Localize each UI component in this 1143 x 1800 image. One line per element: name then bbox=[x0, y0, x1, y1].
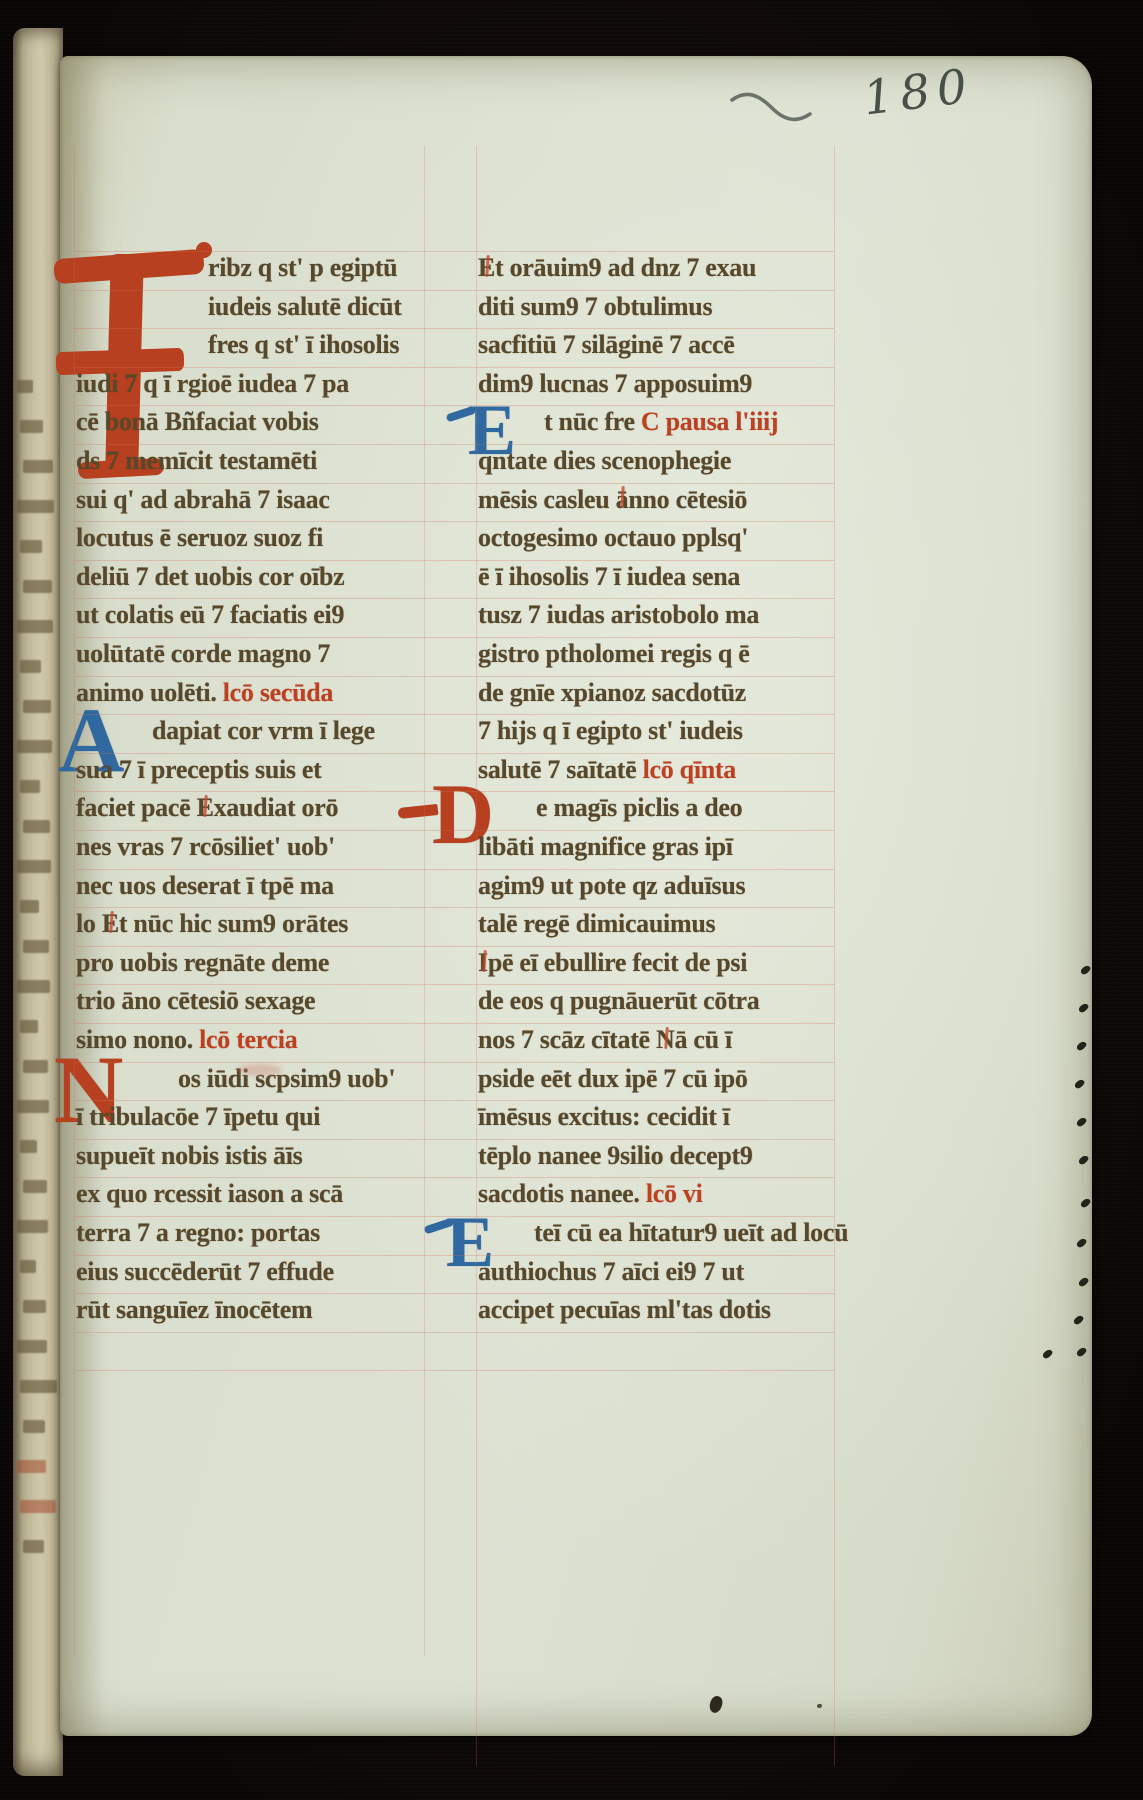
manuscript-text: octogesimo octauo pplsq' bbox=[478, 523, 748, 552]
edge-text-fragment bbox=[17, 1220, 48, 1233]
manuscript-line: fres q st' ī ihosolis bbox=[208, 329, 399, 361]
manuscript-text: sacdotis nanee. bbox=[478, 1179, 646, 1208]
edge-text-fragment bbox=[20, 1260, 36, 1273]
manuscript-line: sua 7 ī preceptis suis et bbox=[76, 754, 322, 786]
ruling-line bbox=[74, 146, 75, 1656]
manuscript-text: de gnīe xpianoz sacdotūz bbox=[478, 678, 746, 707]
manuscript-line: e magīs piclis a deo bbox=[536, 792, 742, 824]
manuscript-text: agim9 ut pote qz aduīsus bbox=[478, 871, 745, 900]
manuscript-text: talē regē dimicauimus bbox=[478, 909, 715, 938]
manuscript-line: Ipē eī ebullire fecit de psi bbox=[478, 947, 747, 979]
manuscript-text: ā bbox=[616, 485, 629, 514]
manuscript-line: t nūc fre C pausa l'iiij bbox=[544, 406, 778, 438]
pricking-mark bbox=[1076, 1040, 1088, 1052]
initial-flourish bbox=[398, 804, 439, 819]
manuscript-line: lo Et nūc hic sum9 orātes bbox=[76, 908, 348, 940]
manuscript-text: locutus ē seruoz suoz fi bbox=[76, 523, 323, 552]
manuscript-text: pro uobis regnāte deme bbox=[76, 948, 329, 977]
edge-text-fragment bbox=[23, 460, 53, 473]
pricking-mark bbox=[1074, 1078, 1086, 1090]
manuscript-line: Et orāuim9 ad dnz 7 exau bbox=[478, 252, 756, 284]
manuscript-text: N bbox=[656, 1025, 674, 1054]
manuscript-text: iudi 7 q ī rgioē iudea 7 pa bbox=[76, 369, 349, 398]
manuscript-line: nes vras 7 rcōsiliet' uob' bbox=[76, 831, 335, 863]
manuscript-text: I bbox=[478, 948, 488, 977]
manuscript-text: salutē 7 saītatē bbox=[478, 755, 643, 784]
manuscript-line: diti sum9 7 obtulimus bbox=[478, 291, 712, 323]
pricking-mark bbox=[1078, 1002, 1090, 1014]
manuscript-line: ds 7 memīcit testamēti bbox=[76, 445, 317, 477]
pricking-mark bbox=[1080, 1197, 1092, 1209]
manuscript-line: os iūdi scpsim9 uob' bbox=[178, 1063, 395, 1095]
manuscript-text: tusz 7 iudas aristobolo ma bbox=[478, 600, 759, 629]
manuscript-text: simo nono. bbox=[76, 1025, 199, 1054]
rubric-text: lcō qīnta bbox=[643, 755, 736, 784]
manuscript-text: ribz q st' p egiptū bbox=[208, 253, 397, 282]
manuscript-text: deliū 7 det uobis cor oībz bbox=[76, 562, 344, 591]
edge-text-fragment bbox=[23, 700, 51, 713]
manuscript-line: nec uos deserat ī tpē ma bbox=[76, 870, 334, 902]
manuscript-text: gistro ptholomei regis q ē bbox=[478, 639, 749, 668]
manuscript-page: 180 ANEDE ribz q st' p egiptūiudeis salu… bbox=[60, 56, 1092, 1736]
manuscript-text: dapiat cor vrm ī lege bbox=[152, 716, 375, 745]
manuscript-line: rūt sanguīez īnocētem bbox=[76, 1294, 312, 1326]
edge-text-fragment bbox=[23, 820, 50, 833]
manuscript-text: de eos q pugnāuerūt cōtra bbox=[478, 986, 759, 1015]
initial-flourish bbox=[423, 1218, 454, 1235]
edge-text-fragment bbox=[17, 980, 50, 993]
manuscript-line: tēplo nanee 9silio decept9 bbox=[478, 1140, 753, 1172]
manuscript-text: cē bonā Bñfaciat vobis bbox=[76, 407, 319, 436]
edge-text-fragment bbox=[23, 1540, 44, 1553]
manuscript-text: 7 hijs q ī egipto st' iudeis bbox=[478, 716, 743, 745]
edge-text-fragment bbox=[20, 540, 42, 553]
manuscript-text: dim9 lucnas 7 apposuim9 bbox=[478, 369, 752, 398]
manuscript-line: ē ī ihosolis 7 ī iudea sena bbox=[478, 561, 740, 593]
manuscript-line: ribz q st' p egiptū bbox=[208, 252, 397, 284]
manuscript-text: lo bbox=[76, 909, 102, 938]
pricking-mark bbox=[1076, 1237, 1088, 1249]
edge-text-fragment bbox=[17, 740, 52, 753]
manuscript-text: pē eī ebullire fecit de psi bbox=[488, 948, 747, 977]
manuscript-text: qntate dies scenophegie bbox=[478, 446, 731, 475]
pricking-mark bbox=[1080, 964, 1092, 976]
edge-text-fragment bbox=[23, 940, 49, 953]
manuscript-line: qntate dies scenophegie bbox=[478, 445, 731, 477]
manuscript-line: ex quo rcessit iason a scā bbox=[76, 1178, 343, 1210]
manuscript-line: authiochus 7 aīci ei9 7 ut bbox=[478, 1256, 744, 1288]
manuscript-line: talē regē dimicauimus bbox=[478, 908, 715, 940]
edge-text-fragment bbox=[17, 1340, 47, 1353]
manuscript-line: sacdotis nanee. lcō vi bbox=[478, 1178, 703, 1210]
manuscript-text: supueīt nobis istis āīs bbox=[76, 1141, 302, 1170]
ruling-line bbox=[74, 290, 834, 291]
ruling-line bbox=[74, 1332, 834, 1333]
manuscript-text: authiochus 7 aīci ei9 7 ut bbox=[478, 1257, 744, 1286]
manuscript-text: ē ī ihosolis 7 ī iudea sena bbox=[478, 562, 740, 591]
manuscript-text: īmēsus excitus: cecidit ī bbox=[478, 1102, 730, 1131]
manuscript-text: sui q' ad abrahā 7 isaac bbox=[76, 485, 330, 514]
rubric-text: C pausa l'iiij bbox=[641, 407, 778, 436]
edge-text-fragment bbox=[23, 1180, 47, 1193]
manuscript-text: os iūdi scpsim9 uob' bbox=[178, 1064, 395, 1093]
manuscript-text: nec uos deserat ī tpē ma bbox=[76, 871, 334, 900]
manuscript-text: diti sum9 7 obtulimus bbox=[478, 292, 712, 321]
rubric-text: lcō secūda bbox=[223, 678, 333, 707]
edge-text-fragment bbox=[17, 380, 33, 393]
manuscript-text: sacfitiū 7 silāginē 7 accē bbox=[478, 330, 735, 359]
pricking-mark bbox=[1078, 1154, 1090, 1166]
manuscript-line: cē bonā Bñfaciat vobis bbox=[76, 406, 319, 438]
initial-flourish bbox=[445, 406, 476, 423]
manuscript-text: nos 7 scāz cītatē bbox=[478, 1025, 656, 1054]
manuscript-text: ut colatis eū 7 faciatis ei9 bbox=[76, 600, 344, 629]
manuscript-line: ut colatis eū 7 faciatis ei9 bbox=[76, 599, 344, 631]
manuscript-line: locutus ē seruoz suoz fi bbox=[76, 522, 323, 554]
ruling-line bbox=[424, 146, 425, 1656]
pricking-mark bbox=[1076, 1116, 1088, 1128]
manuscript-line: sui q' ad abrahā 7 isaac bbox=[76, 484, 330, 516]
manuscript-text: ds 7 memīcit testamēti bbox=[76, 446, 317, 475]
edge-text-fragment bbox=[23, 1300, 46, 1313]
manuscript-line: teī cū ea hītatur9 ueīt ad locū bbox=[534, 1217, 848, 1249]
folio-number: 180 bbox=[860, 52, 1026, 126]
manuscript-text: nes vras 7 rcōsiliet' uob' bbox=[76, 832, 335, 861]
manuscript-line: iudi 7 q ī rgioē iudea 7 pa bbox=[76, 368, 349, 400]
manuscript-text: pside eēt dux ipē 7 cū ipō bbox=[478, 1064, 748, 1093]
manuscript-line: pro uobis regnāte deme bbox=[76, 947, 329, 979]
manuscript-text: E bbox=[197, 793, 214, 822]
edge-text-fragment bbox=[20, 420, 43, 433]
manuscript-text: faciet pacē bbox=[76, 793, 197, 822]
manuscript-text: ā cū ī bbox=[674, 1025, 731, 1054]
edge-text-fragment bbox=[17, 620, 53, 633]
ruling-line bbox=[476, 146, 477, 1766]
manuscript-text: ī tribulacōe 7 īpetu qui bbox=[76, 1102, 320, 1131]
edge-text-fragment bbox=[17, 1460, 46, 1473]
manuscript-text: iudeis salutē dicūt bbox=[208, 292, 402, 321]
manuscript-line: agim9 ut pote qz aduīsus bbox=[478, 870, 745, 902]
manuscript-line: pside eēt dux ipē 7 cū ipō bbox=[478, 1063, 748, 1095]
edge-text-fragment bbox=[20, 1020, 38, 1033]
manuscript-text: animo uolēti. bbox=[76, 678, 223, 707]
manuscript-line: iudeis salutē dicūt bbox=[208, 291, 402, 323]
manuscript-text: nno cētesiō bbox=[628, 485, 747, 514]
manuscript-line: ī tribulacōe 7 īpetu qui bbox=[76, 1101, 320, 1133]
manuscript-text: t nūc hic sum9 orātes bbox=[119, 909, 348, 938]
edge-text-fragment bbox=[20, 1140, 37, 1153]
manuscript-line: salutē 7 saītatē lcō qīnta bbox=[478, 754, 736, 786]
ruling-line bbox=[834, 146, 835, 1766]
manuscript-line: libāti magnifice gras ipī bbox=[478, 831, 733, 863]
manuscript-text: t nūc fre bbox=[544, 407, 641, 436]
manuscript-text: e magīs piclis a deo bbox=[536, 793, 742, 822]
squiggle-mark bbox=[728, 88, 828, 133]
manuscript-text: accipet pecuīas ml'tas dotis bbox=[478, 1295, 771, 1324]
manuscript-line: mēsis casleu ānno cētesiō bbox=[478, 484, 747, 516]
manuscript-line: 7 hijs q ī egipto st' iudeis bbox=[478, 715, 743, 747]
edge-text-fragment bbox=[20, 900, 39, 913]
manuscript-text: uolūtatē corde magno 7 bbox=[76, 639, 330, 668]
manuscript-line: tusz 7 iudas aristobolo ma bbox=[478, 599, 759, 631]
ink-speck bbox=[817, 1704, 822, 1708]
manuscript-line: nos 7 scāz cītatē Nā cū ī bbox=[478, 1024, 732, 1056]
manuscript-line: simo nono. lcō tercia bbox=[76, 1024, 297, 1056]
edge-text-fragment bbox=[23, 1420, 45, 1433]
edge-text-fragment bbox=[17, 1100, 49, 1113]
pricking-mark bbox=[1076, 1346, 1088, 1358]
manuscript-text: sua 7 ī preceptis suis et bbox=[76, 755, 322, 784]
rubric-text: lcō vi bbox=[646, 1179, 703, 1208]
manuscript-line: deliū 7 det uobis cor oībz bbox=[76, 561, 344, 593]
pricking-mark bbox=[1078, 1276, 1090, 1288]
manuscript-line: īmēsus excitus: cecidit ī bbox=[478, 1101, 730, 1133]
manuscript-line: sacfitiū 7 silāginē 7 accē bbox=[478, 329, 735, 361]
manuscript-text: teī cū ea hītatur9 ueīt ad locū bbox=[534, 1218, 848, 1247]
ruling-line bbox=[74, 1370, 834, 1371]
edge-text-fragment bbox=[17, 500, 54, 513]
manuscript-text: eius succēderūt 7 effude bbox=[76, 1257, 334, 1286]
manuscript-text: libāti magnifice gras ipī bbox=[478, 832, 733, 861]
edge-text-fragment bbox=[17, 860, 51, 873]
edge-text-fragment bbox=[20, 1500, 56, 1513]
edge-text-fragment bbox=[20, 1380, 57, 1393]
ink-blot bbox=[708, 1695, 724, 1714]
manuscript-line: animo uolēti. lcō secūda bbox=[76, 677, 333, 709]
edge-text-fragment bbox=[20, 660, 41, 673]
manuscript-text: E bbox=[478, 253, 495, 282]
manuscript-text: trio āno cētesiō sexage bbox=[76, 986, 315, 1015]
manuscript-text: ex quo rcessit iason a scā bbox=[76, 1179, 343, 1208]
manuscript-line: accipet pecuīas ml'tas dotis bbox=[478, 1294, 771, 1326]
manuscript-line: dim9 lucnas 7 apposuim9 bbox=[478, 368, 752, 400]
manuscript-line: faciet pacē Exaudiat orō bbox=[76, 792, 338, 824]
manuscript-line: uolūtatē corde magno 7 bbox=[76, 638, 330, 670]
pricking-mark bbox=[1042, 1348, 1054, 1360]
manuscript-text: tēplo nanee 9silio decept9 bbox=[478, 1141, 753, 1170]
rubric-text: lcō tercia bbox=[199, 1025, 297, 1054]
manuscript-text: xaudiat orō bbox=[214, 793, 339, 822]
manuscript-text: terra 7 a regno: portas bbox=[76, 1218, 320, 1247]
manuscript-text: rūt sanguīez īnocētem bbox=[76, 1295, 312, 1324]
manuscript-text: E bbox=[102, 909, 119, 938]
manuscript-line: terra 7 a regno: portas bbox=[76, 1217, 320, 1249]
manuscript-line: dapiat cor vrm ī lege bbox=[152, 715, 375, 747]
edge-text-fragment bbox=[23, 1060, 48, 1073]
manuscript-line: octogesimo octauo pplsq' bbox=[478, 522, 748, 554]
manuscript-text: t orāuim9 ad dnz 7 exau bbox=[495, 253, 756, 282]
manuscript-line: de gnīe xpianoz sacdotūz bbox=[478, 677, 746, 709]
manuscript-line: eius succēderūt 7 effude bbox=[76, 1256, 334, 1288]
edge-text-fragment bbox=[23, 580, 52, 593]
pricking-mark bbox=[1073, 1314, 1085, 1326]
manuscript-line: de eos q pugnāuerūt cōtra bbox=[478, 985, 759, 1017]
edge-text-fragment bbox=[20, 780, 40, 793]
manuscript-text: mēsis casleu bbox=[478, 485, 616, 514]
manuscript-line: gistro ptholomei regis q ē bbox=[478, 638, 749, 670]
manuscript-line: supueīt nobis istis āīs bbox=[76, 1140, 302, 1172]
pink-smudge bbox=[238, 1064, 282, 1076]
manuscript-line: trio āno cētesiō sexage bbox=[76, 985, 315, 1017]
manuscript-text: fres q st' ī ihosolis bbox=[208, 330, 399, 359]
